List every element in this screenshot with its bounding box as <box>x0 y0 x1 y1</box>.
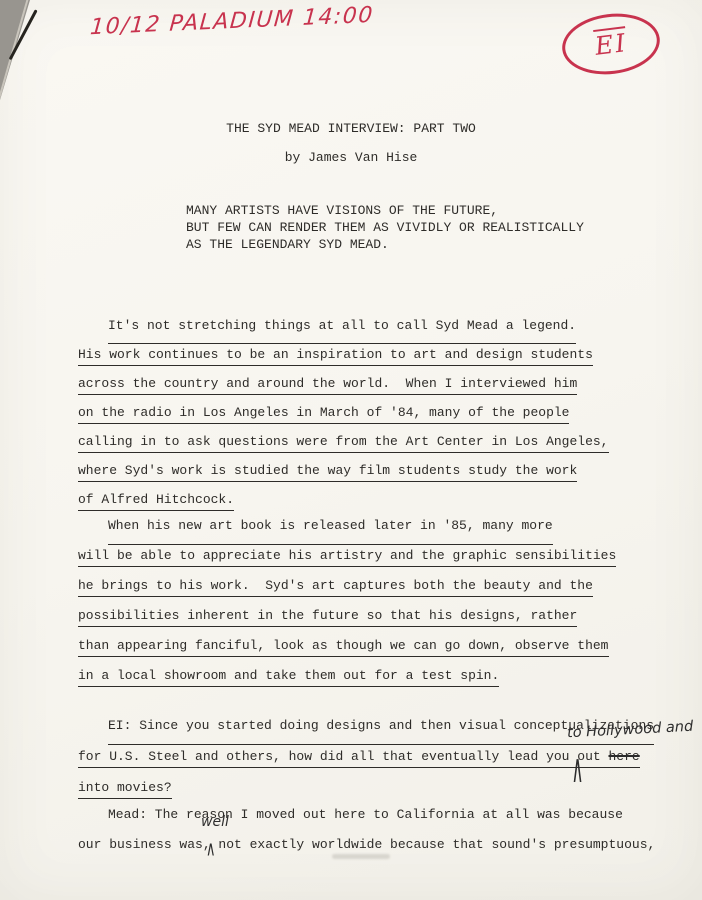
underlined-text: across the country and around the world.… <box>78 376 577 395</box>
underlined-text: into movies? <box>78 780 172 799</box>
underlined-text: of Alfred Hitchcock. <box>78 492 234 511</box>
typed-line: It's not stretching things at all to cal… <box>78 311 609 340</box>
intro-line: AS THE LEGENDARY SYD MEAD. <box>186 236 584 253</box>
paragraph-1: It's not stretching things at all to cal… <box>78 311 609 514</box>
underlined-text: calling in to ask questions were from th… <box>78 434 609 453</box>
underlined-text: possibilities inherent in the future so … <box>78 608 577 627</box>
typed-line: His work continues to be an inspiration … <box>78 340 609 369</box>
question-text: for U.S. Steel and others, how did all t… <box>78 749 609 764</box>
byline: by James Van Hise <box>0 150 702 165</box>
intro-line: MANY ARTISTS HAVE VISIONS OF THE FUTURE, <box>186 202 584 219</box>
answer-text: our business was, not exactly worldwide … <box>78 837 655 852</box>
interviewer-question: EI: Since you started doing designs and … <box>78 710 654 803</box>
intro-blurb: MANY ARTISTS HAVE VISIONS OF THE FUTURE,… <box>186 202 584 253</box>
typed-line: calling in to ask questions were from th… <box>78 427 609 456</box>
typed-line: in a local showroom and take them out fo… <box>78 661 616 691</box>
intro-line: BUT FEW CAN RENDER THEM AS VIVIDLY OR RE… <box>186 219 584 236</box>
underlined-text: When his new art book is released later … <box>108 511 553 545</box>
stamp-initials: EI <box>593 28 628 61</box>
typed-line: possibilities inherent in the future so … <box>78 601 616 631</box>
typed-line: will be able to appreciate his artistry … <box>78 541 616 571</box>
typed-line: across the country and around the world.… <box>78 369 609 398</box>
scanned-typescript-page: 10/12 PALADIUM 14:00 EI THE SYD MEAD INT… <box>0 0 702 900</box>
typed-line: into movies? <box>78 772 654 803</box>
insertion-caret-icon: ∧ <box>206 838 216 862</box>
typed-line: for U.S. Steel and others, how did all t… <box>78 741 654 772</box>
typed-line: our business was, not exactly worldwide … <box>78 830 655 860</box>
underlined-text: will be able to appreciate his artistry … <box>78 548 616 567</box>
handwritten-insertion-well: well <box>201 814 229 830</box>
page-title: THE SYD MEAD INTERVIEW: PART TWO <box>0 121 702 136</box>
handwritten-header-note: 10/12 PALADIUM 14:00 <box>89 3 375 40</box>
insertion-caret-icon: ∧ <box>572 747 584 793</box>
underlined-text: he brings to his work. Syd's art capture… <box>78 578 593 597</box>
typed-line: on the radio in Los Angeles in March of … <box>78 398 609 427</box>
underlined-text: where Syd's work is studied the way film… <box>78 463 577 482</box>
interviewee-answer: Mead: The reason I moved out here to Cal… <box>78 800 655 860</box>
underlined-text: on the radio in Los Angeles in March of … <box>78 405 569 424</box>
paragraph-2: When his new art book is released later … <box>78 511 616 691</box>
underlined-text: for U.S. Steel and others, how did all t… <box>78 749 640 768</box>
typed-line: than appearing fanciful, look as though … <box>78 631 616 661</box>
circled-initials-stamp: EI <box>559 8 664 79</box>
underlined-text: in a local showroom and take them out fo… <box>78 668 499 687</box>
typed-line: he brings to his work. Syd's art capture… <box>78 571 616 601</box>
typed-line: of Alfred Hitchcock. <box>78 485 609 514</box>
struck-out-word: here <box>609 749 640 764</box>
typed-line: where Syd's work is studied the way film… <box>78 456 609 485</box>
underlined-text: His work continues to be an inspiration … <box>78 347 593 366</box>
typed-line: When his new art book is released later … <box>78 511 616 541</box>
typed-line: Mead: The reason I moved out here to Cal… <box>78 800 655 830</box>
underlined-text: than appearing fanciful, look as though … <box>78 638 609 657</box>
answer-text: Mead: The reason I moved out here to Cal… <box>108 800 623 830</box>
